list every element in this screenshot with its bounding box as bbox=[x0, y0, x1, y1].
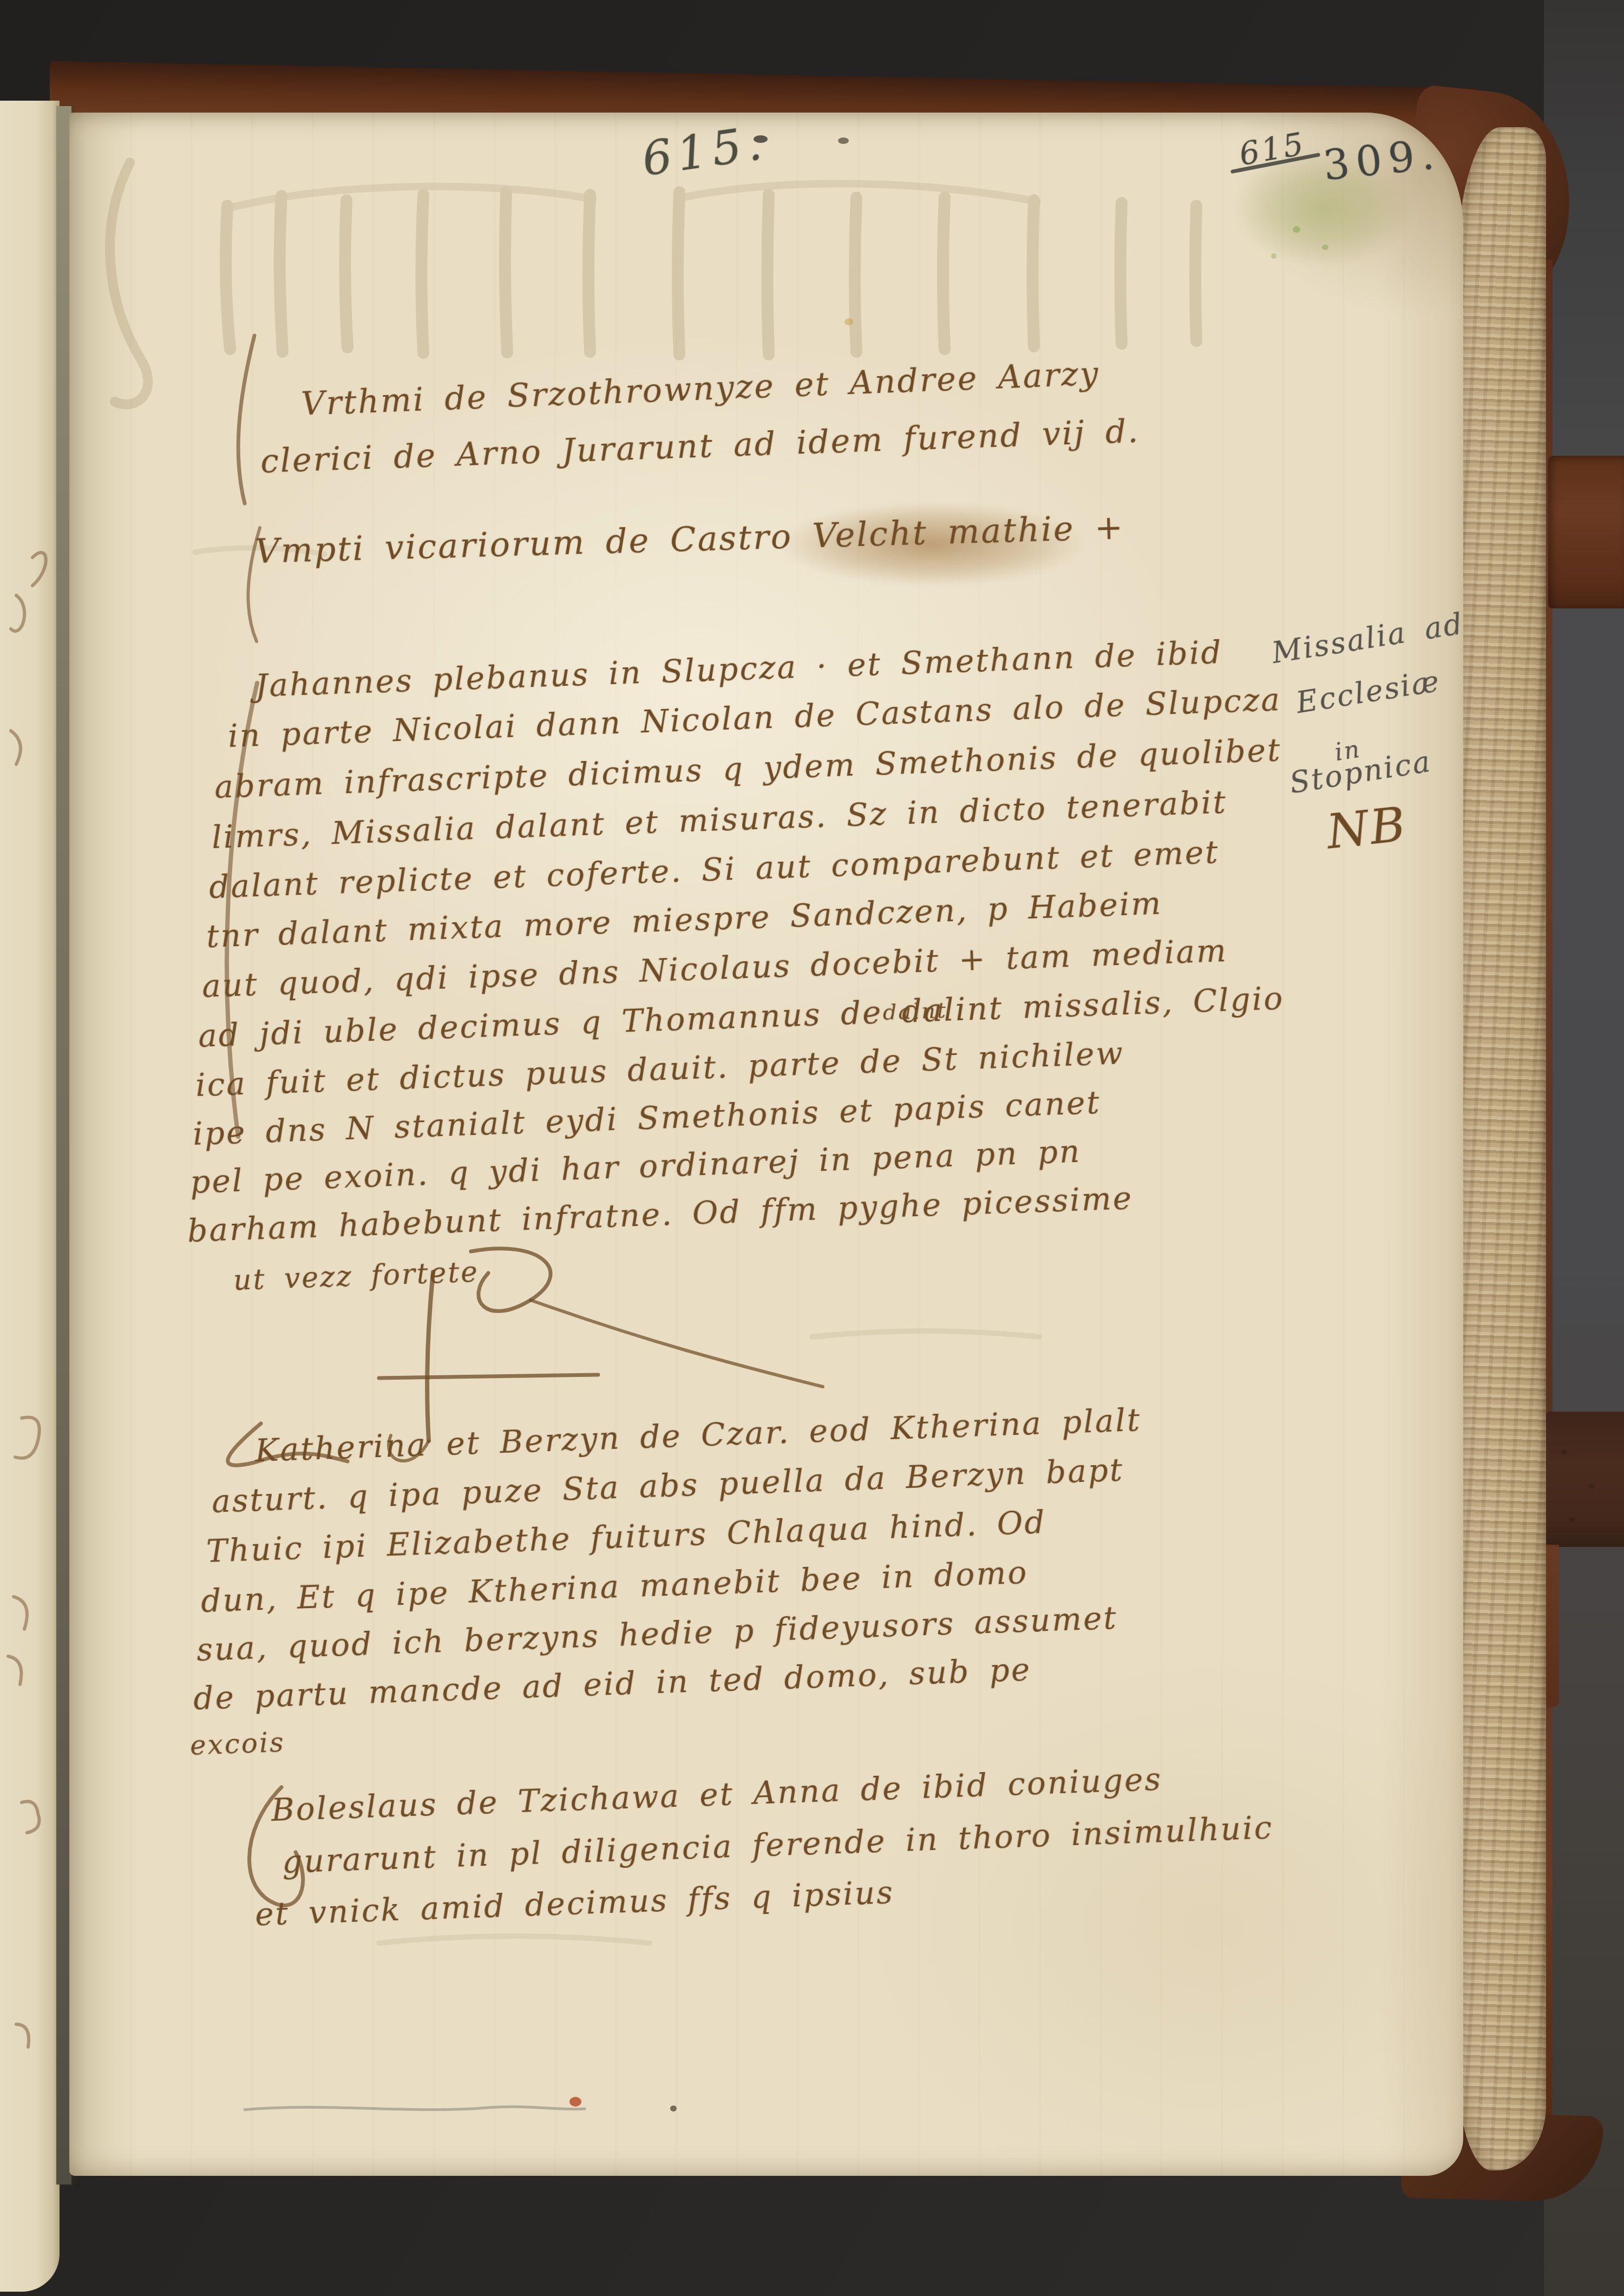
yellow-speck bbox=[844, 318, 853, 325]
green-speck bbox=[1271, 253, 1276, 259]
manuscript-photo: 615. 615 309. Vrthmi de Srzothrownyze et… bbox=[0, 0, 1624, 2296]
red-speck bbox=[569, 2097, 581, 2107]
dark-speck bbox=[670, 2105, 677, 2111]
backdrop-felt-right bbox=[1544, 0, 1624, 2296]
green-speck bbox=[1293, 226, 1300, 233]
facing-page-edge bbox=[0, 101, 60, 2292]
nota-bene-mark: NB bbox=[1324, 796, 1410, 860]
leather-clasp-strap-lower bbox=[1544, 1412, 1624, 1547]
ink-splotch bbox=[838, 137, 849, 144]
leather-clasp-strap-upper bbox=[1548, 456, 1624, 608]
page-stack-fore-edge bbox=[1455, 127, 1546, 2170]
entry3-closing: excois bbox=[189, 1727, 285, 1761]
green-speck bbox=[1322, 245, 1328, 250]
